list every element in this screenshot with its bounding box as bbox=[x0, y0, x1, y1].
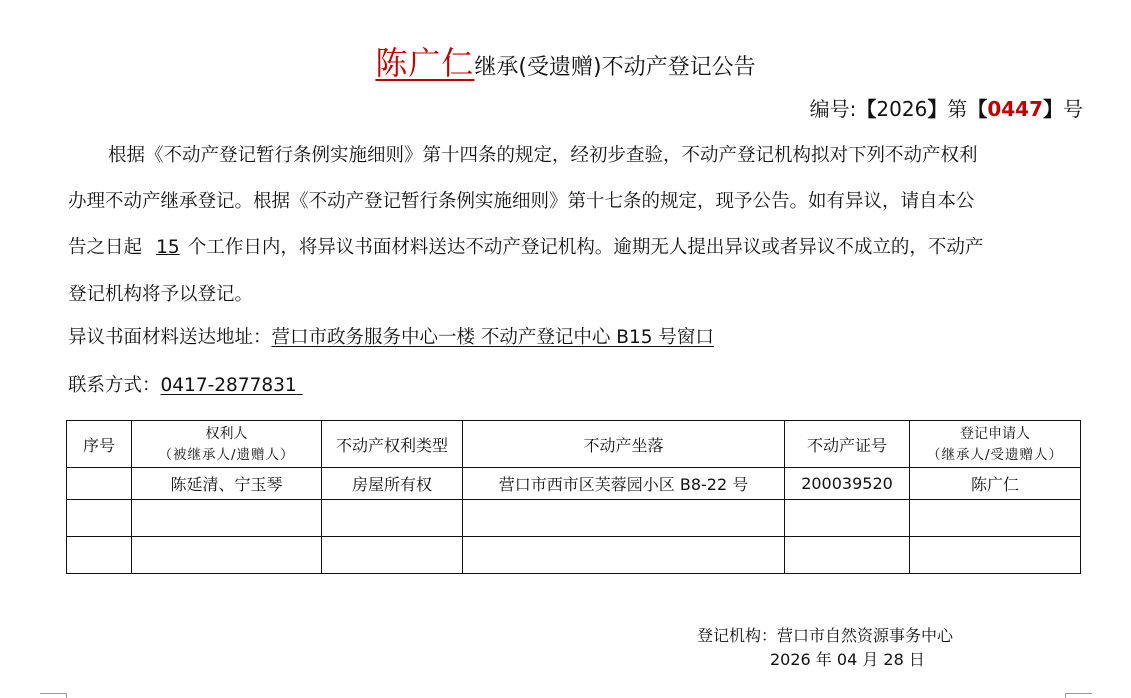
body-line-3: 告之日起 15个工作日内，将异议书面材料送达不动产登记机构。逾期无人提出异议或者… bbox=[68, 233, 1084, 259]
applicant-name-title: 陈广仁 bbox=[375, 44, 474, 82]
document-number: 编号:【2026】第【0447】号 bbox=[810, 93, 1083, 122]
property-table: 序号 权利人 （被继承人/遗赠人） 不动产权利类型 不动产坐落 不动产证号 登记… bbox=[66, 420, 1081, 574]
table-row bbox=[67, 537, 1081, 574]
cell-cert-number: 200039520 bbox=[785, 468, 910, 500]
body-line-3-post: 个工作日内，将异议书面材料送达不动产登记机构。逾期无人提出异议或者异议不成立的，… bbox=[188, 237, 984, 258]
body-line-4: 登记机构将予以登记。 bbox=[68, 280, 1084, 306]
cell-serial bbox=[67, 468, 132, 500]
header-sublabel: （继承人/受遗赠人） bbox=[910, 445, 1080, 465]
objection-address: 异议书面材料送达地址：营口市政务服务中心一楼 不动产登记中心 B15 号窗口 bbox=[68, 323, 714, 349]
bracket-close: 】 bbox=[927, 97, 947, 121]
header-label: 序号 bbox=[83, 436, 115, 455]
table-header-row: 序号 权利人 （被继承人/遗赠人） 不动产权利类型 不动产坐落 不动产证号 登记… bbox=[67, 421, 1081, 468]
table-row bbox=[67, 500, 1081, 537]
cell-cert-number bbox=[785, 537, 910, 574]
header-sublabel: （被继承人/遗赠人） bbox=[132, 445, 321, 465]
objection-address-label: 异议书面材料送达地址： bbox=[68, 327, 272, 348]
col-header-cert-number: 不动产证号 bbox=[785, 421, 910, 468]
cell-right-holder: 陈延清、宁玉琴 bbox=[132, 468, 322, 500]
col-header-location: 不动产坐落 bbox=[463, 421, 785, 468]
doc-year: 2026 bbox=[876, 97, 927, 121]
contact-phone: 0417-2877831 bbox=[161, 375, 297, 396]
cell-location: 营口市西市区芙蓉园小区 B8-22 号 bbox=[463, 468, 785, 500]
header-label: 登记申请人 bbox=[910, 423, 1080, 445]
col-header-serial: 序号 bbox=[67, 421, 132, 468]
announcement-page: 陈广仁继承(受遗赠)不动产登记公告 编号:【2026】第【0447】号 根据《不… bbox=[0, 0, 1131, 698]
cell-right-type: 房屋所有权 bbox=[322, 468, 463, 500]
doc-number-suffix: 号 bbox=[1063, 97, 1083, 121]
cell-applicant: 陈广仁 bbox=[910, 468, 1081, 500]
table-row: 陈延清、宁玉琴 房屋所有权 营口市西市区芙蓉园小区 B8-22 号 200039… bbox=[67, 468, 1081, 500]
contact-label: 联系方式： bbox=[68, 375, 161, 396]
header-label: 不动产权利类型 bbox=[336, 436, 448, 455]
announcement-date: 2026 年 04 月 28 日 bbox=[770, 647, 925, 670]
cell-applicant bbox=[910, 500, 1081, 537]
registration-authority: 登记机构：营口市自然资源事务中心 bbox=[697, 623, 953, 646]
bracket-open: 【 bbox=[856, 97, 876, 121]
cell-location bbox=[463, 500, 785, 537]
body-line-3-pre: 告之日起 bbox=[68, 237, 142, 258]
cell-right-type bbox=[322, 537, 463, 574]
body-line-1: 根据《不动产登记暂行条例实施细则》第十四条的规定，经初步查验，不动产登记机构拟对… bbox=[108, 141, 1124, 167]
cell-right-holder bbox=[132, 500, 322, 537]
cell-serial bbox=[67, 500, 132, 537]
contact-info: 联系方式：0417-2877831 bbox=[68, 371, 303, 397]
objection-address-value: 营口市政务服务中心一楼 不动产登记中心 B15 号窗口 bbox=[272, 327, 714, 348]
header-label: 不动产坐落 bbox=[583, 436, 663, 455]
body-line-2: 办理不动产继承登记。根据《不动产登记暂行条例实施细则》第十七条的规定，现予公告。… bbox=[68, 187, 1084, 213]
cell-right-type bbox=[322, 500, 463, 537]
header-label: 权利人 bbox=[132, 423, 321, 445]
bracket-close: 】 bbox=[1043, 97, 1063, 121]
header-label: 不动产证号 bbox=[807, 436, 887, 455]
page-corner-mark-right bbox=[1065, 693, 1092, 698]
cell-serial bbox=[67, 537, 132, 574]
cell-cert-number bbox=[785, 500, 910, 537]
title-text: 继承(受遗赠)不动产登记公告 bbox=[474, 55, 755, 80]
page-title: 陈广仁继承(受遗赠)不动产登记公告 bbox=[0, 38, 1131, 84]
doc-serial-number: 0447 bbox=[987, 97, 1043, 121]
cell-location bbox=[463, 537, 785, 574]
page-corner-mark-left bbox=[40, 693, 67, 698]
col-header-right-holder: 权利人 （被继承人/遗赠人） bbox=[132, 421, 322, 468]
doc-number-label: 编号: bbox=[810, 97, 857, 121]
col-header-applicant: 登记申请人 （继承人/受遗赠人） bbox=[910, 421, 1081, 468]
cell-applicant bbox=[910, 537, 1081, 574]
objection-days: 15 bbox=[148, 237, 188, 258]
bracket-open: 【 bbox=[967, 97, 987, 121]
doc-number-mid: 第 bbox=[947, 97, 967, 121]
col-header-right-type: 不动产权利类型 bbox=[322, 421, 463, 468]
cell-right-holder bbox=[132, 537, 322, 574]
